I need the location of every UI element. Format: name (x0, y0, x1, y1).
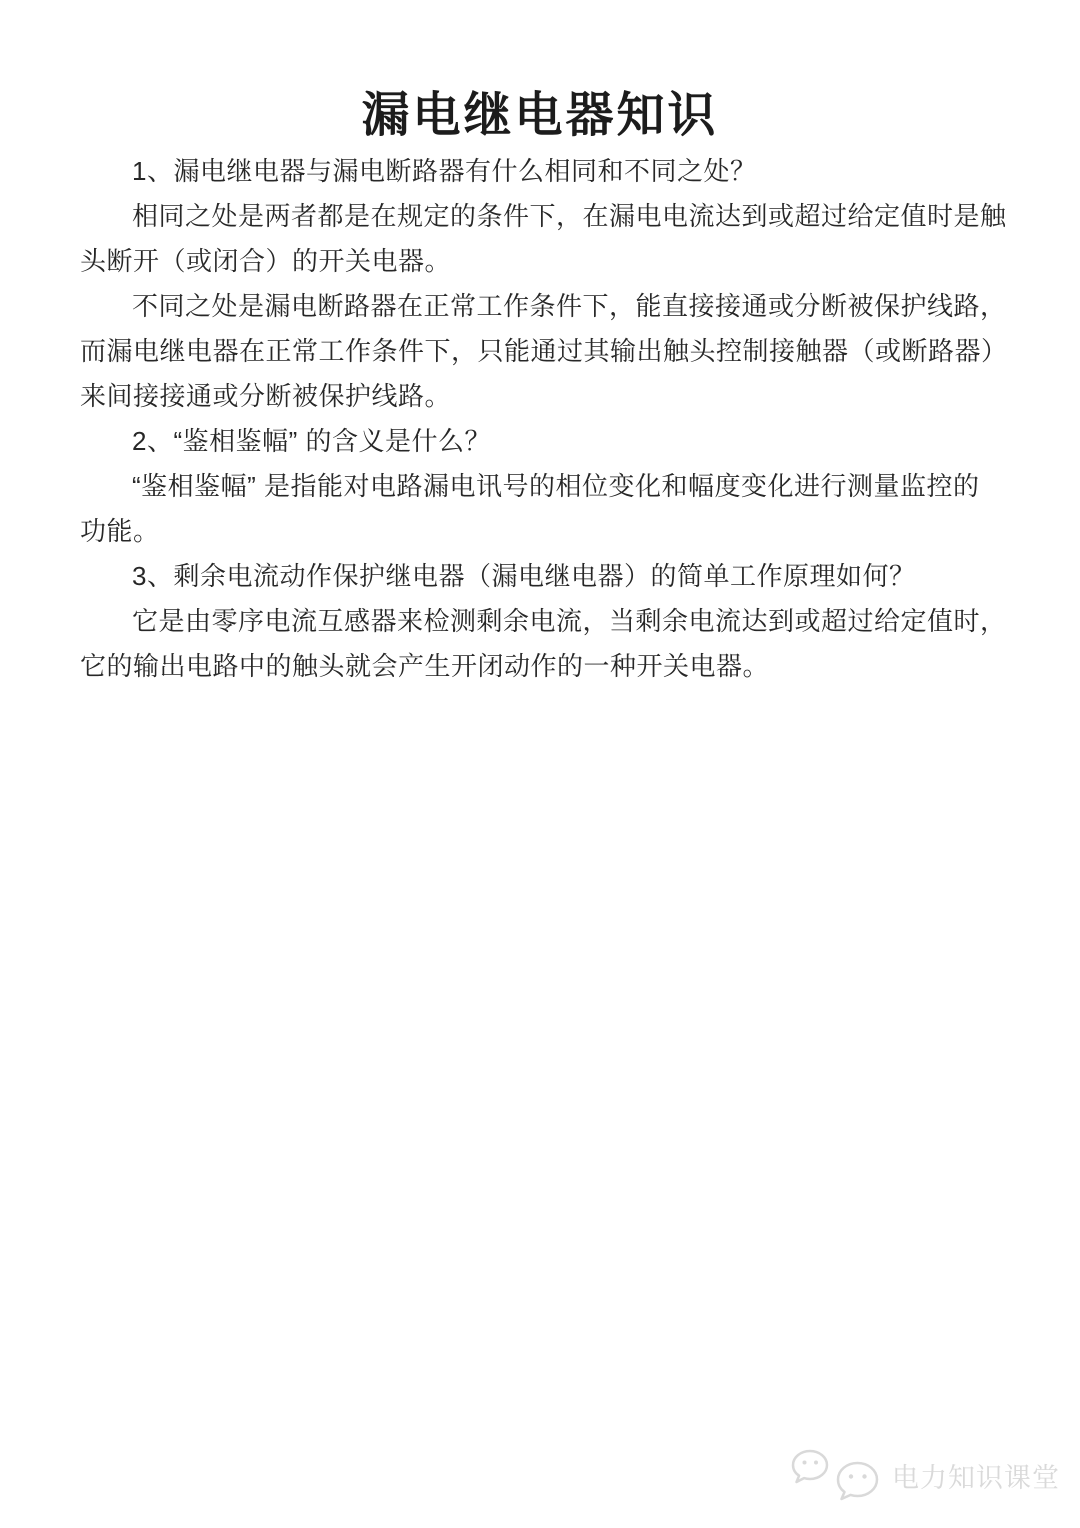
document-page: 漏电继电器知识 1、漏电继电器与漏电断路器有什么相同和不同之处？ 相同之处是两者… (0, 0, 1080, 1528)
page-title: 漏电继电器知识 (0, 0, 1080, 144)
watermark: 电力知识课堂 (788, 1446, 1060, 1504)
text-line-a1-1: 相同之处是两者都是在规定的条件下，在漏电电流达到或超过给定值时是触 (80, 194, 1020, 239)
document-body: 1、漏电继电器与漏电断路器有什么相同和不同之处？ 相同之处是两者都是在规定的条件… (0, 149, 1080, 689)
text-line-a2-2: 功能。 (80, 509, 1020, 554)
text-line-a3-2: 它的输出电路中的触头就会产生开闭动作的一种开关电器。 (80, 644, 1020, 689)
text-line-q1: 1、漏电继电器与漏电断路器有什么相同和不同之处？ (80, 149, 1020, 194)
text-line-a1-4: 而漏电继电器在正常工作条件下，只能通过其输出触头控制接触器（或断路器） (80, 329, 1020, 374)
text-line-a1-2: 头断开（或闭合）的开关电器。 (80, 239, 1020, 284)
text-line-q3: 3、剩余电流动作保护继电器（漏电继电器）的简单工作原理如何？ (80, 554, 1020, 599)
text-line-a1-3: 不同之处是漏电断路器在正常工作条件下，能直接接通或分断被保护线路， (80, 284, 1020, 329)
wechat-chat-bubbles-icon (788, 1446, 884, 1504)
text-line-a1-5: 来间接接通或分断被保护线路。 (80, 374, 1020, 419)
text-line-a2-1: “鉴相鉴幅” 是指能对电路漏电讯号的相位变化和幅度变化进行测量监控的 (80, 464, 1020, 509)
text-line-q2: 2、“鉴相鉴幅” 的含义是什么？ (80, 419, 1020, 464)
text-line-a3-1: 它是由零序电流互感器来检测剩余电流，当剩余电流达到或超过给定值时， (80, 599, 1020, 644)
watermark-label: 电力知识课堂 (892, 1456, 1060, 1495)
